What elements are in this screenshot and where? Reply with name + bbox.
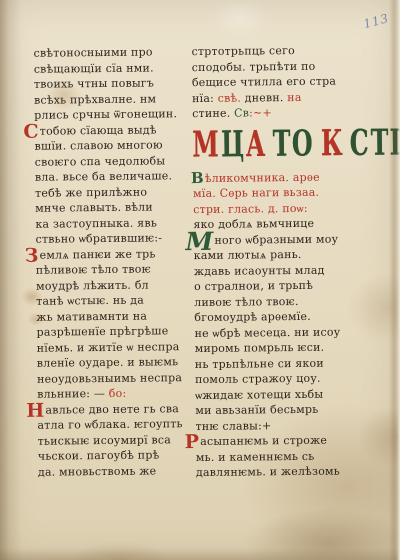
text-segment: ка застоупныка. явь (35, 216, 157, 230)
manuscript-text-line: ждавь исаоунты млад (194, 262, 366, 279)
manuscript-text-line: Землѧ панѥи же трь (36, 246, 188, 263)
text-segment: ками лютыѧ рань. (194, 248, 302, 262)
manuscript-text-line: бещисе чтилла его стра (192, 73, 364, 90)
manuscript-text-line: нїа: свѣ. дневн. на (192, 89, 364, 106)
text-segment: вшїи. славою многою (35, 138, 163, 152)
right-pre-title-lines: стртотрьпць сегосподобы. трьпѣти побещис… (192, 42, 365, 121)
manuscript-text-line: ми авьзанїи бесьмрь (195, 401, 367, 418)
text-segment: атла го ѡблака. ѥгоупть (37, 417, 182, 432)
manuscript-text-line: не ѡбрѣ месеца. ни исоу (194, 324, 366, 341)
text-segment: свѣтоносныими про (34, 45, 153, 59)
text-segment: бещисе чтилла его стра (192, 75, 336, 90)
manuscript-text-line: миромь помрьль ѥси. (195, 339, 367, 356)
manuscript-text-line: вленїе оударе. и выѥмь (37, 354, 189, 371)
manuscript-text-line: неоудовьзныимь неспра (37, 370, 189, 387)
vyaz-letter: М (192, 115, 218, 176)
vyaz-letter: А (246, 114, 265, 175)
manuscript-text-line: танѣ ѡстыѥ. нь да (36, 292, 188, 309)
text-segment: миромь помрьль ѥси. (195, 341, 325, 355)
text-segment: ждавь исаоунты млад (194, 263, 325, 277)
text-segment: вльнние: — (37, 387, 109, 401)
manuscript-text-line: вльнние: — бо: (37, 385, 189, 402)
text-segment: пѣливоѥ тѣло твоѥ (36, 263, 151, 277)
text-segment: ливоѥ тѣло твоѥ. (194, 294, 299, 308)
manuscript-text-line: помоль стражоу цоу. (195, 370, 367, 387)
manuscript-text-line: вшїи. славою многою (35, 137, 187, 154)
manuscript-text-line: мь. и каменнѥмь сь (196, 448, 368, 465)
manuscript-text-line: свѣтоносныими про (34, 44, 186, 61)
text-segment: помоль стражоу цоу. (195, 372, 321, 386)
manuscript-text-line: нь трьпѣльне си якои (195, 355, 367, 372)
manuscript-text-line: вла. вьсе ба величаше. (35, 168, 187, 185)
folio-number: 113 (362, 11, 391, 31)
manuscript-text-line: Много ѡбразными моу (194, 231, 366, 248)
text-segment: вленїе оударе. и выѥмь (37, 355, 179, 369)
vyaz-letter: О (292, 114, 312, 175)
manuscript-text-line: ствьно ѡбратившиѥ:- (35, 230, 187, 247)
vyaz-letter: К (320, 114, 341, 175)
text-segment: мь. и каменнѥмь сь (196, 449, 315, 463)
text-segment: нїемь. и житїе ѡ неспра (37, 340, 180, 354)
manuscript-text-line: тнѥ славы:+ (195, 417, 367, 434)
text-segment: ми авьзанїи бесьмрь (195, 403, 318, 417)
manuscript-text-line: бгомоудрѣ арѳемїе. (194, 308, 366, 325)
text-segment: всѣхь прѣхвалне. нм (34, 92, 156, 106)
text-segment: да. мновьствомь же (38, 464, 156, 478)
text-segment: разрѣшенїе прѣгрѣше (36, 324, 168, 338)
red-rubric-lines: Вѣликомчника. арѳемїа. Сѳрь наги вьзаа.с… (193, 169, 365, 217)
manuscript-text-line: своѥго спа чедолюбы (35, 153, 187, 170)
text-segment: бо: (109, 387, 127, 400)
text-segment: сподобы. трьпѣти по (192, 59, 316, 73)
manuscript-text-line: ками лютыѧ рань. (194, 246, 366, 263)
manuscript-text-line: да. мновьствомь же (38, 463, 190, 480)
text-segment: танѣ ѡстыѥ. нь да (36, 294, 144, 308)
text-segment: свѣщающїи сїа нми. (34, 61, 154, 75)
manuscript-text-line: яко доблѧ вьмчнице (193, 215, 365, 232)
manuscript-text-line: жь мативамнти на (36, 308, 188, 325)
page-edge (389, 0, 400, 560)
manuscript-text-line: мнче славыть. вѣли (35, 199, 187, 216)
manuscript-text-line: нїемь. и житїе ѡ неспра (37, 339, 189, 356)
manuscript-text-line: стри. глась. д. поѡ: (193, 200, 365, 217)
manuscript-text-line: Навльсе дво нете гь сва (37, 401, 189, 418)
vyaz-letter: Т (272, 114, 289, 175)
text-segment: не ѡбрѣ месеца. ни исоу (194, 325, 340, 340)
text-segment: ствьно ѡбратившиѥ:- (35, 231, 162, 245)
text-segment: моудрѣ лѣжить. бл (36, 278, 149, 292)
manuscript-text-line: чьскои. пагоубѣ прѣ (38, 447, 190, 464)
text-segment: бгомоудрѣ арѳемїе. (194, 310, 311, 324)
vyaz-letter: Ц (221, 115, 244, 176)
headpiece-title: МЦАТОКСТГО (190, 121, 364, 169)
text-segment: асыпанѥмь и строже (200, 434, 327, 448)
manuscript-text-line: пѣливоѥ тѣло твоѥ (36, 261, 188, 278)
manuscript-text-line: моудрѣ лѣжить. бл (36, 277, 188, 294)
text-segment: тебѣ же прилѣжно (35, 185, 147, 199)
text-segment: нїа: (192, 91, 218, 104)
manuscript-text-line: стртотрьпць сего (192, 42, 364, 59)
text-segment: мїа. Сѳрь наги вьзаа. (193, 186, 319, 200)
manuscript-text-line: рлись срчны ѿгонещин. (34, 106, 186, 123)
manuscript-text-line: разрѣшенїе прѣгрѣше (36, 323, 188, 340)
left-text-column: свѣтоносныими просвѣщающїи сїа нми.твоих… (34, 44, 191, 480)
text-segment: тнѥ славы:+ (195, 419, 271, 433)
text-segment: мнче славыть. вѣли (35, 200, 153, 214)
manuscript-text-line: Расыпанѥмь и строже (196, 432, 368, 449)
text-segment: тьискыѥ исоумирї вса (38, 433, 171, 447)
manuscript-text-line: сподобы. трьпѣти по (192, 58, 364, 75)
manuscript-text-line: мїа. Сѳрь наги вьзаа. (193, 184, 365, 201)
text-segment: на (287, 90, 301, 103)
text-segment: чьскои. пагоубѣ прѣ (38, 448, 160, 462)
manuscript-text-line: давлянѥмь. и желѣзомь (196, 463, 368, 480)
right-body-lines: яко доблѧ вьмчницеМного ѡбразными моукам… (193, 215, 368, 480)
text-segment: стри. глась. д. поѡ: (193, 201, 308, 215)
manuscript-text-line: всѣхь прѣхвалне. нм (34, 91, 186, 108)
manuscript-text-line: ѡжидаѥ хотещи хьбы (195, 386, 367, 403)
vyaz-letter: С (350, 113, 369, 174)
text-segment: давлянѥмь. и желѣзомь (196, 465, 340, 480)
manuscript-text-line: твоихь чтны повыгъ (34, 75, 186, 92)
text-segment: свѣ. (218, 91, 245, 104)
text-segment: твоихь чтны повыгъ (34, 76, 154, 90)
text-segment: нь трьпѣльне си якои (195, 356, 324, 370)
text-segment: емлѧ панѥи же трь (40, 247, 156, 261)
text-segment: ного ѡбразными моу (214, 232, 338, 246)
text-segment: неоудовьзныимь неспра (37, 371, 182, 386)
manuscript-text-line: атла го ѡблака. ѥгоупть (37, 416, 189, 433)
manuscript-text-line: ливоѥ тѣло твоѥ. (194, 293, 366, 310)
text-segment: ѡжидаѥ хотещи хьбы (195, 387, 323, 401)
manuscript-text-line: о стралнои, и трьпѣ (194, 277, 366, 294)
text-segment: тобою сїающа выдѣ (40, 123, 157, 137)
manuscript-text-line: свѣщающїи сїа нми. (34, 60, 186, 77)
right-text-column: стртотрьпць сегосподобы. трьпѣти побещис… (192, 42, 369, 480)
text-segment: своѥго спа чедолюбы (35, 154, 166, 168)
manuscript-text-line: ка застоупныка. явь (35, 215, 187, 232)
text-segment: стртотрьпць сего (192, 44, 295, 58)
text-segment: рлись срчны ѿгонещин. (34, 107, 177, 121)
text-segment: авльсе дво нете гь сва (45, 402, 179, 416)
vyaz-letter: Т (370, 113, 387, 174)
text-segment: о стралнои, и трьпѣ (194, 279, 313, 293)
manuscript-text-line: тебѣ же прилѣжно (35, 184, 187, 201)
parchment-page: 113 свѣтоносныими просвѣщающїи сїа нми.т… (0, 0, 400, 560)
manuscript-text-line: Стобою сїающа выдѣ (34, 122, 186, 139)
text-segment: вла. вьсе ба величаше. (35, 169, 172, 183)
manuscript-photo: 113 свѣтоносныими просвѣщающїи сїа нми.т… (0, 0, 400, 560)
text-segment: жь мативамнти на (36, 309, 147, 323)
manuscript-text-line: тьискыѥ исоумирї вса (38, 432, 190, 449)
text-segment: дневн. (245, 91, 288, 104)
